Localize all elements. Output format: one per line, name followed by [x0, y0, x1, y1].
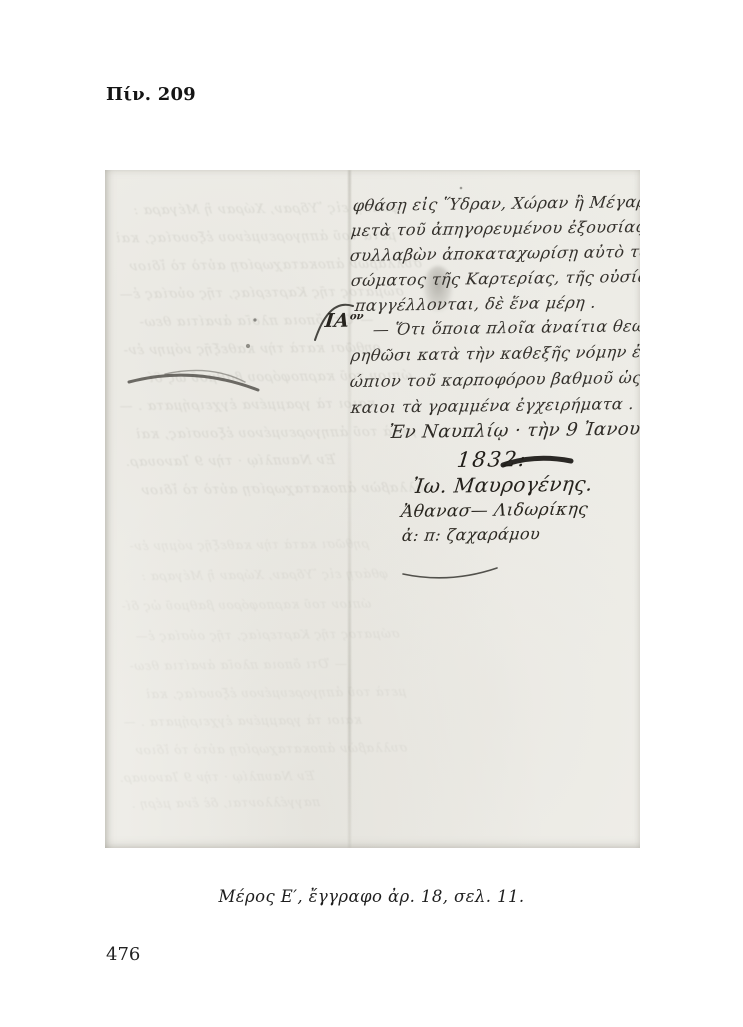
item-number-main: ΙΑ: [324, 310, 351, 332]
manuscript-scan: φθάσῃ εἰς Ὕδραν, Χώραν ἢ Μέγαρα : μετὰ τ…: [105, 170, 640, 848]
signature-swash: [403, 568, 497, 578]
item-number-sup: ον: [349, 311, 364, 322]
dateline: Ἐν Ναυπλίῳ · τὴν 9 Ἰανουαρ.: [388, 418, 640, 443]
handwriting-line: μετὰ τοῦ ἀπηγορευμένου ἐξουσίας, καὶ: [350, 216, 640, 240]
ink-speck: [253, 318, 256, 321]
year: 1832:: [456, 447, 529, 472]
handwriting-line: — Ὅτι ὅποια πλοῖα ἀναίτια θεω-: [372, 316, 640, 339]
plate-label: Πίν. 209: [106, 84, 196, 105]
handwriting-line: φθάσῃ εἰς Ὕδραν, Χώραν ἢ Μέγαρα :: [352, 192, 640, 215]
handwriting-line: σώματος τῆς Καρτερίας, τῆς οὐσίας ἐ—: [350, 266, 640, 290]
handwriting-line: καιοι τὰ γραμμένα ἐγχειρήματα . —: [350, 394, 640, 417]
signature-1: Ἰω. Μαυρογένης.: [412, 471, 594, 498]
signature-2: Ἀθανασ— Λιδωρίκης: [400, 499, 589, 522]
figure-caption: Μέρος Ε′, ἔγγραφο ἀρ. 18, σελ. 11.: [0, 887, 743, 906]
handwriting-line: ρηθῶσι κατὰ τὴν καθεξῆς νόμην ἐν-: [350, 342, 640, 365]
item-number-marker: ΙΑον: [324, 309, 364, 332]
handwriting-line: παγγέλλονται, δὲ ἕνα μέρη .: [354, 293, 597, 315]
handwriting-line: ώπιον τοῦ καρποφόρου βαθμοῦ ὡς δί-: [349, 368, 640, 391]
book-page: Πίν. 209 φθάσῃ εἰς Ὕδραν, Χώραν ἢ Μέγαρα…: [0, 0, 743, 1027]
ink-speck: [460, 187, 463, 190]
page-number: 476: [106, 944, 140, 965]
ink-speck: [246, 344, 250, 348]
signature-3: ἀ: π: ζαχαράμου: [401, 524, 541, 545]
pen-smear-arc: [129, 375, 258, 390]
handwriting-line: συλλαβὼν ἀποκαταχωρίσῃ αὐτὸ τὸ ἴδιον: [349, 241, 640, 265]
